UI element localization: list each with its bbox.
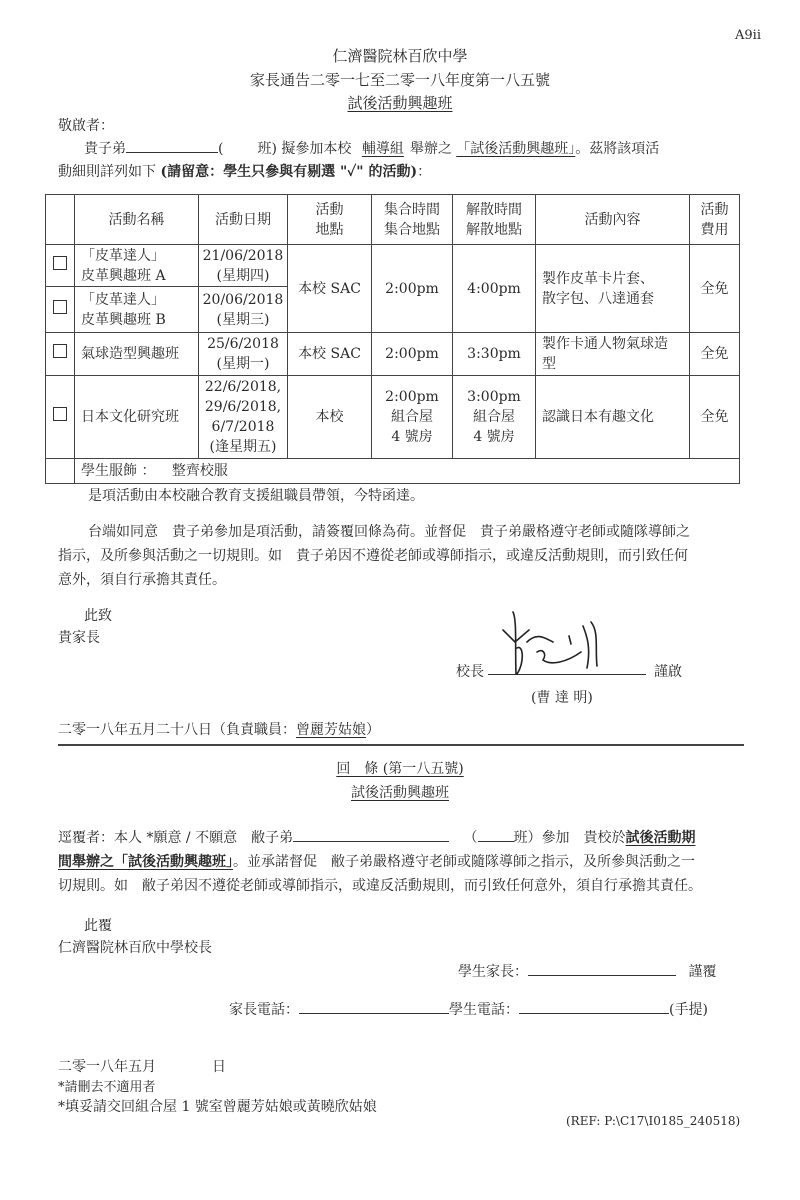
principal-label: 校長 bbox=[456, 660, 484, 685]
intro-line-1: 貴子弟(班) 擬參加本校 輔導組舉辦之 「試後活動興趣班」。茲將該項活 bbox=[84, 137, 659, 162]
reply-line-3: 切規則。如 敝子弟因不遵從老師或導師指示，或違反活動規則，而引致任何意外，須自行… bbox=[58, 874, 702, 899]
issue-date: 二零一八年五月二十八日（負責職員：曾麗芳姑娘） bbox=[58, 718, 380, 743]
issue-date-text: 二零一八年五月二十八日（負責職員： bbox=[58, 722, 296, 738]
select-leather-b-checkbox[interactable] bbox=[53, 300, 67, 314]
intro-text: 班) 擬參加本校 bbox=[257, 141, 351, 157]
table-row: 「皮革達人」皮革興趣班 A 21/06/2018(星期四) 本校 SAC 2:0… bbox=[46, 245, 740, 287]
reply-line-2: 間舉辦之「試後活動興趣班」。並承諾督促 敝子弟嚴格遵守老師或隨隊導師之指示，及所… bbox=[58, 850, 695, 875]
parent-signature-row: 學生家長： 謹覆 bbox=[458, 960, 716, 985]
activity-date: 6/7/2018 bbox=[201, 417, 285, 437]
reply-title: 回 條 (第一八五號) bbox=[336, 761, 463, 777]
consent-line-2: 指示，及所參與活動之一切規則。如 貴子弟因不遵從老師或導師指示，或違反活動規則，… bbox=[58, 544, 688, 569]
activity-date: 21/06/2018 bbox=[201, 246, 285, 266]
dress-code-row: 學生服飾 ： 整齊校服 bbox=[46, 459, 740, 484]
activity-name: 氣球造型興趣班 bbox=[75, 333, 199, 376]
salutation: 敬啟者： bbox=[58, 114, 114, 139]
activity-location: 本校 bbox=[288, 376, 372, 459]
consent-line-1: 台端如同意 貴子弟參加是項活動，請簽覆回條為荷。並督促 貴子弟嚴格遵守老師或隨隊… bbox=[88, 520, 690, 545]
activity-fee: 全免 bbox=[690, 376, 740, 459]
activity-weekday: (星期四) bbox=[201, 266, 285, 286]
issue-date-text: ） bbox=[366, 722, 380, 738]
student-name-blank[interactable] bbox=[126, 138, 218, 153]
student-phone-label: 學生電話： bbox=[449, 1002, 519, 1018]
assembly-time: 2:00pm bbox=[374, 387, 450, 407]
intro-text: ( bbox=[218, 141, 223, 157]
reply-line-1: 逕覆者：本人 *願意 / 不願意 敝子弟 （班）參加 貴校於試後活動期 bbox=[58, 826, 696, 851]
header-dismissal: 解散時間 解散地點 bbox=[453, 195, 536, 245]
reply-recipient: 仁濟醫院林百欣中學校長 bbox=[58, 936, 212, 961]
header-activity-name: 活動名稱 bbox=[75, 195, 199, 245]
activity-date: 20/06/2018 bbox=[201, 290, 285, 310]
assembly-time: 2:00pm bbox=[372, 333, 453, 376]
dismissal-place: 組合屋 bbox=[455, 407, 533, 427]
lead-note: 是項活動由本校融合教育支援組職員帶領，今特函達。 bbox=[88, 484, 424, 509]
activity-content: 製作皮革卡片套、 bbox=[542, 269, 687, 289]
return-note: *填妥請交回組合屋 1 號室曾麗芳姑娘或黃曉欣姑娘 bbox=[58, 1096, 377, 1116]
dismissal-time: 4:00pm bbox=[453, 245, 536, 333]
activity-fee: 全免 bbox=[690, 245, 740, 333]
notice-number: 家長通告二零一七至二零一八年度第一八五號 bbox=[0, 69, 800, 90]
principal-name: (曹 達 明) bbox=[531, 686, 593, 711]
intro-text: 。茲將該項活 bbox=[575, 141, 659, 157]
mobile-label: (手提) bbox=[669, 1002, 708, 1018]
reference-code: (REF: P:\C17\I0185_240518) bbox=[566, 1114, 740, 1128]
reply-respect: 謹覆 bbox=[688, 964, 716, 980]
header-fee: 活動 費用 bbox=[690, 195, 740, 245]
activity-name: 日本文化研究班 bbox=[75, 376, 199, 459]
intro-text: 貴子弟 bbox=[84, 141, 126, 157]
reply-subtitle: 試後活動興趣班 bbox=[351, 785, 449, 801]
activity-location: 本校 SAC bbox=[288, 245, 372, 333]
closing-recipient: 貴家長 bbox=[58, 626, 100, 651]
phone-row: 家長電話：學生電話：(手提) bbox=[229, 998, 708, 1023]
assembly-time: 2:00pm bbox=[372, 245, 453, 333]
activity-name: 「皮革達人」 bbox=[81, 246, 196, 266]
reply-emphasis: 間舉辦之「試後活動興趣班」 bbox=[58, 854, 233, 870]
signature-icon bbox=[495, 608, 615, 680]
school-name: 仁濟醫院林百欣中學 bbox=[0, 45, 800, 66]
reply-emphasis: 試後活動期 bbox=[626, 830, 696, 846]
header-select bbox=[46, 195, 75, 245]
child-name-blank[interactable] bbox=[293, 827, 449, 842]
intro-line-2: 動細則詳列如下 (請留意：學生只參與有剔選 "✓" 的活動)： bbox=[58, 160, 431, 185]
responsible-staff: 曾麗芳姑娘 bbox=[296, 722, 366, 738]
table-row: 日本文化研究班 22/6/2018, 29/6/2018, 6/7/2018 (… bbox=[46, 376, 740, 459]
select-japan-checkbox[interactable] bbox=[53, 407, 67, 421]
dismissal-room: 4 號房 bbox=[455, 427, 533, 447]
activity-weekday: (星期一) bbox=[201, 354, 285, 374]
consent-line-3: 意外，須自行承擔其責任。 bbox=[58, 568, 226, 593]
activity-weekday: (星期三) bbox=[201, 310, 285, 330]
organizer: 輔導組 bbox=[362, 141, 404, 157]
activity-location: 本校 SAC bbox=[288, 333, 372, 376]
page-code: A9ii bbox=[735, 28, 761, 43]
select-leather-a-checkbox[interactable] bbox=[53, 256, 67, 270]
delete-note: *請刪去不適用者 bbox=[58, 1076, 156, 1095]
intro-text: 動細則詳列如下 bbox=[58, 164, 156, 180]
header-assembly: 集合時間 集合地點 bbox=[372, 195, 453, 245]
activity-content: 製作卡通人物氣球造 bbox=[542, 334, 687, 354]
reply-text: 逕覆者：本人 *願意 / 不願意 敝子弟 bbox=[58, 830, 293, 846]
header-activity-date: 活動日期 bbox=[199, 195, 288, 245]
reply-text: （ bbox=[464, 830, 478, 846]
header-content: 活動內容 bbox=[536, 195, 690, 245]
dress-code-value: 整齊校服 bbox=[172, 463, 228, 479]
table-header-row: 活動名稱 活動日期 活動 地點 集合時間 集合地點 解散時間 解散地點 活動內容… bbox=[46, 195, 740, 245]
assembly-room: 4 號房 bbox=[374, 427, 450, 447]
dismissal-time: 3:00pm bbox=[455, 387, 533, 407]
reply-date: 二零一八年五月日 bbox=[58, 1056, 226, 1076]
dismissal-time: 3:30pm bbox=[453, 333, 536, 376]
activity-name: 「皮革達人」 bbox=[81, 290, 196, 310]
class-blank[interactable] bbox=[478, 827, 514, 842]
reply-text: 。並承諾督促 敝子弟嚴格遵守老師或隨隊導師之指示，及所參與活動之一 bbox=[233, 854, 695, 870]
activity-content: 認識日本有趣文化 bbox=[536, 376, 690, 459]
activity-name: 皮革興趣班 B bbox=[81, 310, 196, 330]
activities-table: 活動名稱 活動日期 活動 地點 集合時間 集合地點 解散時間 解散地點 活動內容… bbox=[45, 194, 740, 484]
parent-phone-field[interactable] bbox=[299, 999, 449, 1014]
parent-signature-field[interactable] bbox=[528, 961, 676, 976]
activity-content: 散字包、八達通套 bbox=[542, 289, 687, 309]
table-row: 氣球造型興趣班 25/6/2018(星期一) 本校 SAC 2:00pm 3:3… bbox=[46, 333, 740, 376]
assembly-place: 組合屋 bbox=[374, 407, 450, 427]
parent-label: 學生家長： bbox=[458, 964, 528, 980]
tear-off-divider bbox=[58, 744, 744, 746]
activity-date: 29/6/2018, bbox=[201, 397, 285, 417]
selection-note: (請留意：學生只參與有剔選 "✓" 的活動) bbox=[160, 164, 417, 180]
dress-code-label: 學生服飾 ： bbox=[81, 463, 155, 479]
intro-text: 舉辦之 bbox=[410, 141, 452, 157]
notice-subject: 試後活動興趣班 bbox=[347, 94, 452, 112]
reply-text: 班）參加 貴校於 bbox=[514, 830, 626, 846]
activity-content: 型 bbox=[542, 354, 687, 374]
header-location: 活動 地點 bbox=[288, 195, 372, 245]
respectfully-label: 謹啟 bbox=[654, 660, 682, 685]
intro-text: ： bbox=[417, 164, 431, 180]
activity-weekday: (逢星期五) bbox=[201, 437, 285, 457]
select-balloon-checkbox[interactable] bbox=[53, 344, 67, 358]
reply-date-text: 二零一八年五月 bbox=[58, 1059, 156, 1075]
activity-fee: 全免 bbox=[690, 333, 740, 376]
activity-date: 22/6/2018, bbox=[201, 377, 285, 397]
parent-phone-label: 家長電話： bbox=[229, 1002, 299, 1018]
reply-date-text: 日 bbox=[212, 1059, 226, 1075]
student-phone-field[interactable] bbox=[519, 999, 669, 1014]
program-name: 「試後活動興趣班」 bbox=[456, 141, 575, 157]
activity-name: 皮革興趣班 A bbox=[81, 266, 196, 286]
activity-date: 25/6/2018 bbox=[201, 334, 285, 354]
